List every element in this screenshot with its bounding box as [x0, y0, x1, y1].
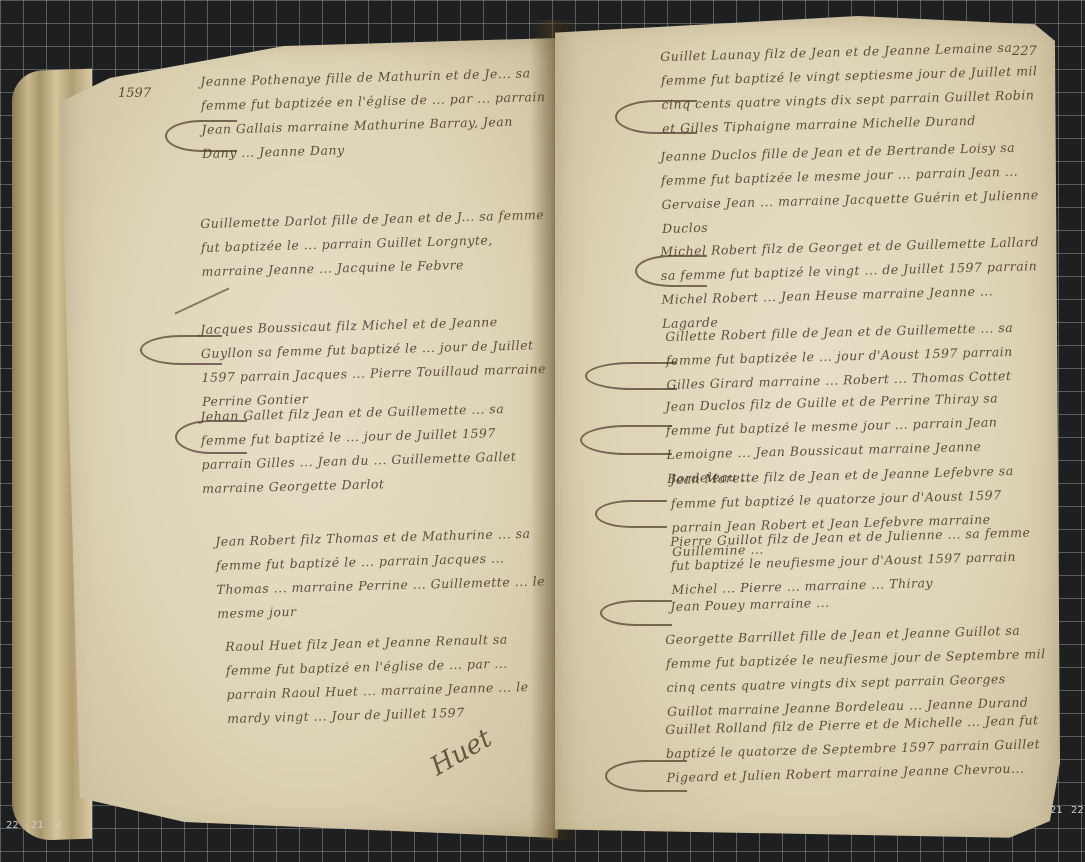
register-entry: Jean Robert filz Thomas et de Mathurine …: [215, 521, 552, 626]
register-entry: Jeanne Pothenaye fille de Mathurin et de…: [200, 61, 547, 166]
year-margin-note: 1597: [118, 86, 151, 101]
ruler-label: 21: [31, 820, 44, 831]
ruler-label: 22: [1071, 805, 1084, 816]
flourish-decoration: [615, 100, 697, 134]
register-entry: Guillet Rolland filz de Pierre et de Mic…: [665, 708, 1047, 790]
ruler-label: 22: [6, 820, 19, 831]
flourish-decoration: [605, 760, 687, 792]
register-entry: Jeanne Duclos fille de Jean et de Bertra…: [660, 135, 1047, 241]
register-entry: Gillette Robert fille de Jean et de Guil…: [665, 315, 1047, 397]
flourish-decoration: [635, 255, 707, 287]
register-entry: Georgette Barrillet fille de Jean et Jea…: [665, 618, 1047, 724]
register-entry: Guillemette Darlot fille de Jean et de J…: [200, 203, 547, 284]
ruler-label: 2: [56, 820, 62, 831]
ruler-label: 21: [1050, 805, 1063, 816]
flourish-decoration: [175, 420, 247, 454]
flourish-decoration: [580, 425, 672, 455]
flourish-decoration: [585, 362, 677, 390]
flourish-decoration: [600, 600, 672, 626]
open-manuscript-book: 1597 Jeanne Pothenaye fille de Mathurin …: [0, 0, 1085, 862]
flourish-decoration: [140, 335, 222, 365]
flourish-decoration: [595, 500, 667, 528]
register-entry: Jehan Gallet filz Jean et de Guillemette…: [200, 396, 547, 501]
register-entry: Guillet Launay filz de Jean et de Jeanne…: [660, 35, 1047, 141]
